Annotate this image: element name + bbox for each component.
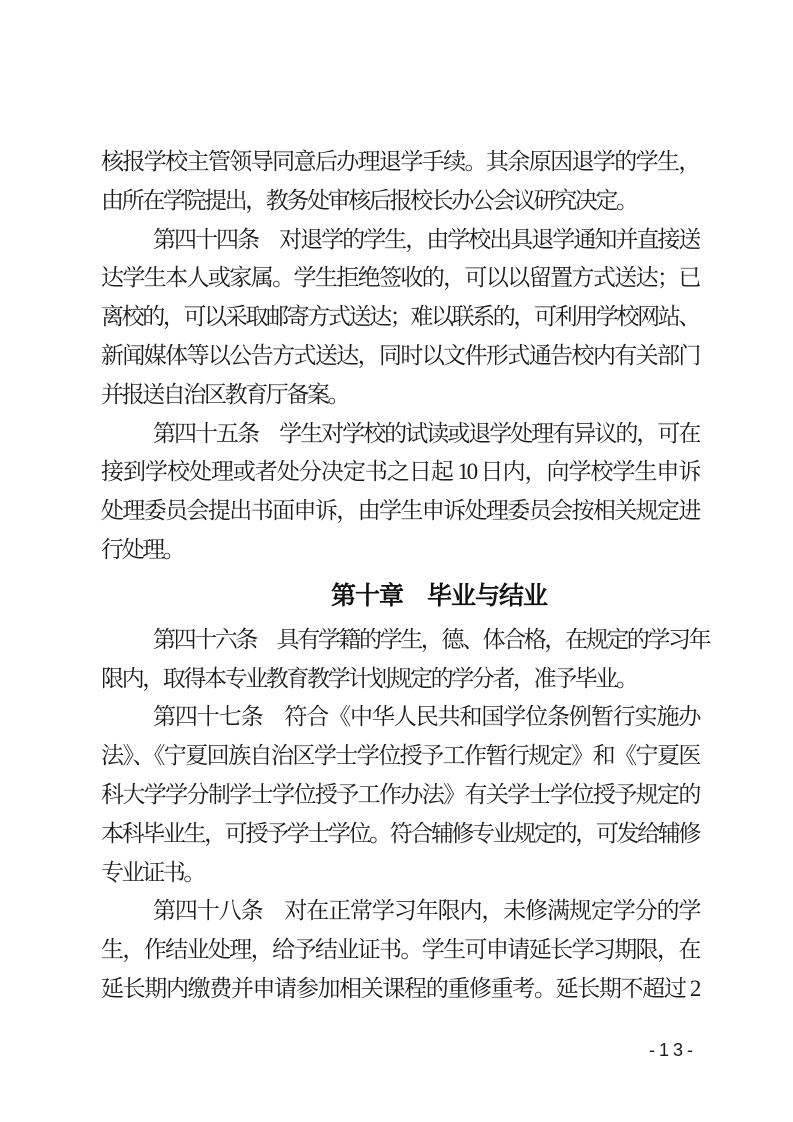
text-line: 第四十六条 具有学籍的学生，德、体合格，在规定的学习年 [101, 621, 699, 660]
text-line: 接到学校处理或者处分决定书之日起 10 日内，向学校学生申诉 [101, 453, 699, 492]
document-page: 核报学校主管领导同意后办理退学手续。其余原因退学的学生，由所在学院提出，教务处审… [0, 0, 793, 1122]
text-line: 专业证书。 [101, 854, 699, 893]
text-line: 并报送自治区教育厅备案。 [101, 376, 699, 415]
text-line: 本科毕业生，可授予学士学位。符合辅修专业规定的，可发给辅修 [101, 815, 699, 854]
text-line: 第四十五条 学生对学校的试读或退学处理有异议的，可在 [101, 415, 699, 454]
text-line: 第四十八条 对在正常学习年限内，未修满规定学分的学 [101, 892, 699, 931]
text-line: 延长期内缴费并申请参加相关课程的重修重考。延长期不超过 2 [101, 970, 699, 1009]
text-line: 新闻媒体等以公告方式送达，同时以文件形式通告校内有关部门 [101, 337, 699, 376]
text-line: 行处理。 [101, 531, 699, 570]
text-line: 限内，取得本专业教育教学计划规定的学分者，准予毕业。 [101, 660, 699, 699]
text-line: 由所在学院提出，教务处审核后报校长办公会议研究决定。 [101, 182, 699, 221]
text-line: 达学生本人或家属。学生拒绝签收的，可以以留置方式送达；已 [101, 259, 699, 298]
text-line: 法》、《宁夏回族自治区学士学位授予工作暂行规定》和《宁夏医 [101, 737, 699, 776]
document-text-block: 核报学校主管领导同意后办理退学手续。其余原因退学的学生，由所在学院提出，教务处审… [101, 143, 699, 1009]
text-line: 核报学校主管领导同意后办理退学手续。其余原因退学的学生， [101, 143, 699, 182]
text-line: 第四十四条 对退学的学生，由学校出具退学通知并直接送 [101, 221, 699, 260]
text-line: 处理委员会提出书面申诉，由学生申诉处理委员会按相关规定进 [101, 492, 699, 531]
text-line: 科大学学分制学士学位授予工作办法》有关学士学位授予规定的 [101, 776, 699, 815]
text-line: 第四十七条 符合《中华人民共和国学位条例暂行实施办 [101, 698, 699, 737]
text-line: 生，作结业处理，给予结业证书。学生可申请延长学习期限，在 [101, 931, 699, 970]
text-line: 离校的，可以采取邮寄方式送达；难以联系的，可利用学校网站、 [101, 298, 699, 337]
chapter-heading: 第十章 毕业与结业 [101, 581, 699, 611]
page-number: -13- [649, 1041, 697, 1059]
